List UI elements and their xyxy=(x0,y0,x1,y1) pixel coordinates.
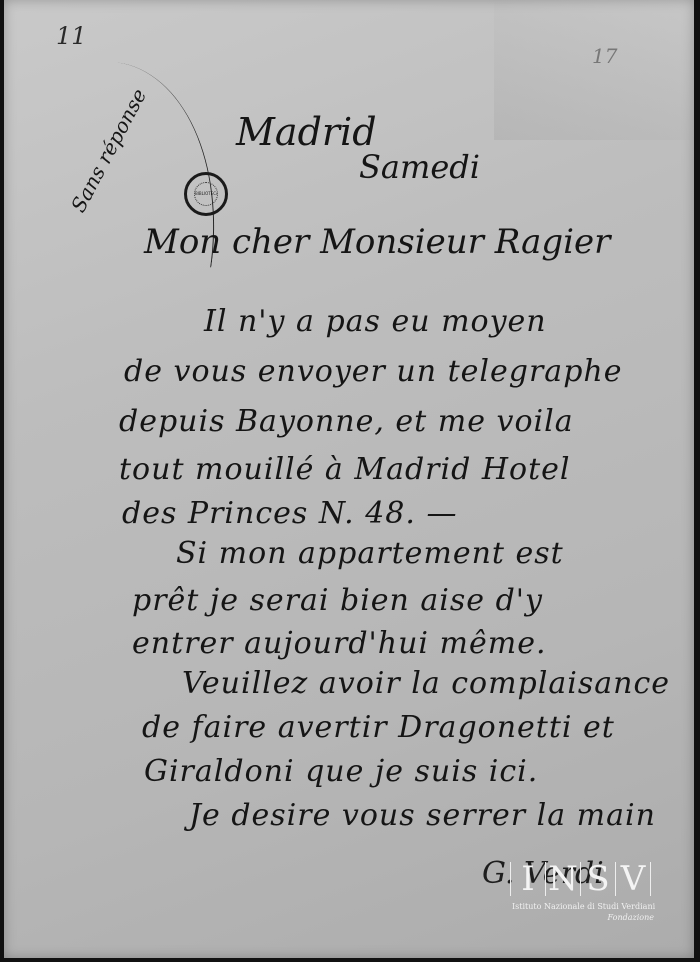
letter-day: Samedi xyxy=(359,148,480,186)
letter-place: Madrid xyxy=(236,110,377,154)
page-number-right: 17 xyxy=(592,44,617,68)
page-number-left: 11 xyxy=(56,22,87,50)
body-line: depuis Bayonne, et me voila xyxy=(119,404,574,439)
paper-fold xyxy=(494,0,694,140)
logo-letter: N xyxy=(545,862,580,896)
letter-page: 11 17 Sans réponse BIBLIOTECA PIANCASTEL… xyxy=(4,0,694,958)
body-line: prêt je serai bien aise d'y xyxy=(132,583,543,618)
insv-watermark-logo: I N S V Istituto Nazionale di Studi Verd… xyxy=(510,862,660,922)
body-line: Giraldoni que je suis ici. xyxy=(144,754,538,789)
body-line: de faire avertir Dragonetti et xyxy=(142,710,615,745)
body-line: Il n'y a pas eu moyen xyxy=(204,304,547,339)
stamp-text: BIBLIOTECA PIANCASTELLI xyxy=(194,182,218,206)
library-stamp-icon: BIBLIOTECA PIANCASTELLI xyxy=(184,172,228,216)
salutation: Mon cher Monsieur Ragier xyxy=(144,222,610,262)
body-line: de vous envoyer un telegraphe xyxy=(124,354,622,389)
logo-letters: I N S V xyxy=(510,862,651,896)
body-line: des Princes N. 48. — xyxy=(122,496,457,531)
body-line: entrer aujourd'hui même. xyxy=(132,626,547,661)
logo-letter: V xyxy=(615,862,651,896)
body-line: Si mon appartement est xyxy=(176,536,564,571)
logo-letter: S xyxy=(580,862,615,896)
institute-subtitle: Fondazione xyxy=(608,913,654,922)
body-line: tout mouillé à Madrid Hotel xyxy=(119,452,570,487)
logo-letter: I xyxy=(510,862,545,896)
institute-name: Istituto Nazionale di Studi Verdiani xyxy=(512,902,655,911)
body-line: Je desire vous serrer la main xyxy=(189,798,656,833)
body-line: Veuillez avoir la complaisance xyxy=(182,666,670,701)
